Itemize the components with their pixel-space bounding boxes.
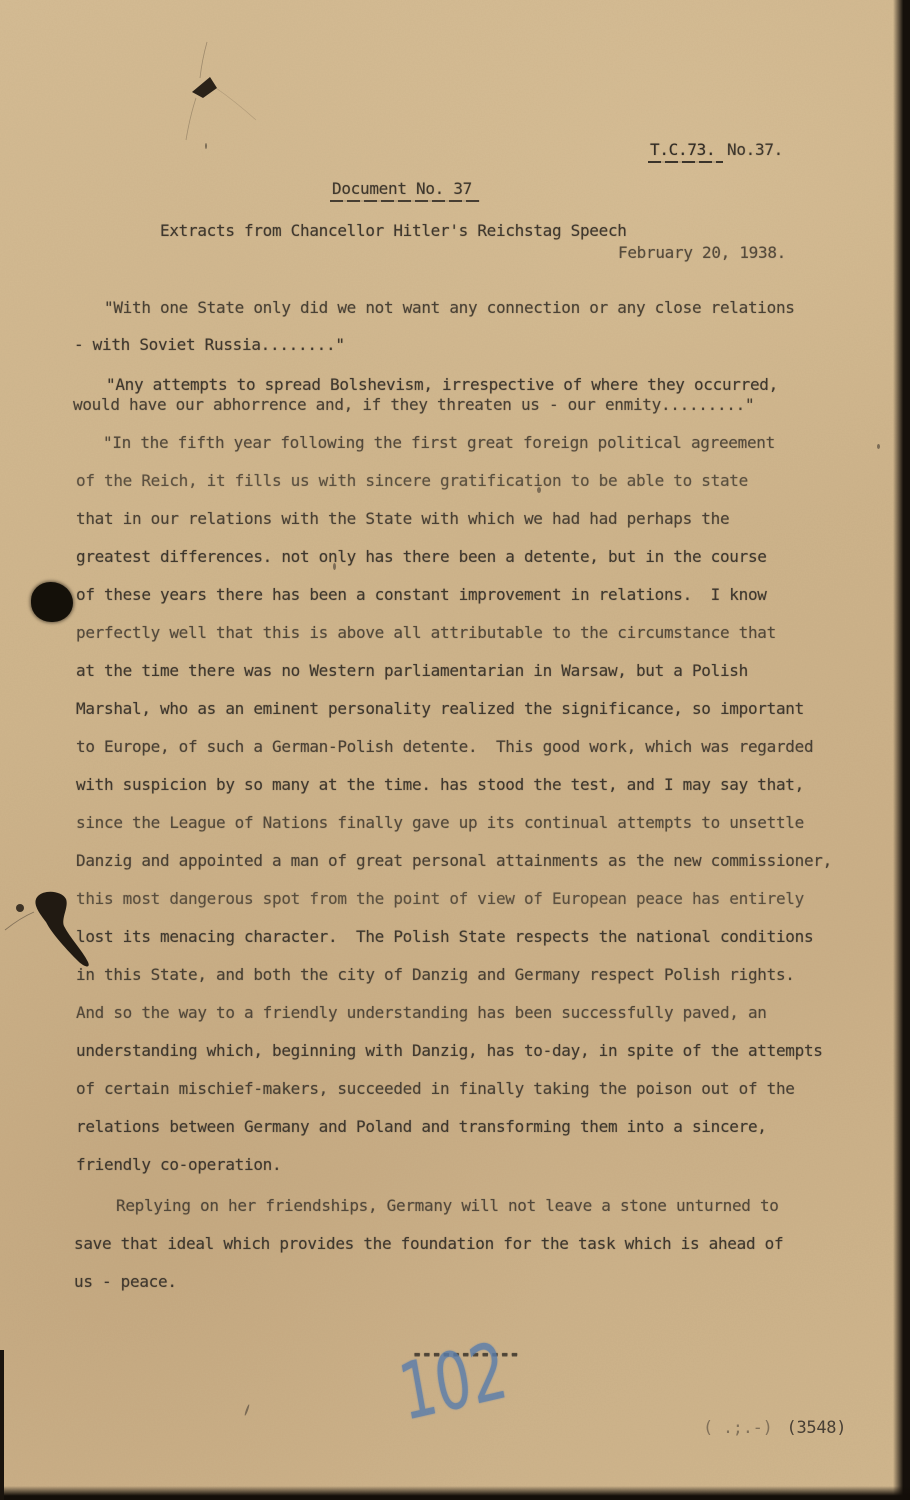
typed-line: greatest differences. not only has there… [76,547,767,566]
typed-line: in this State, and both the city of Danz… [76,965,795,984]
typed-line: Replying on her friendships, Germany wil… [116,1196,779,1215]
typed-line: understanding which, beginning with Danz… [76,1041,823,1060]
stray-speck [877,444,880,449]
typed-line: relations between Germany and Poland and… [76,1117,767,1136]
typed-line: with suspicion by so many at the time. h… [76,775,804,794]
typed-line: since the League of Nations finally gave… [76,813,804,832]
typed-line: And so the way to a friendly understandi… [76,1003,767,1022]
doc-number: Document No. 37 [332,179,472,198]
stray-speck [205,143,207,149]
scan-edge-left [0,1350,4,1500]
typed-line: save that ideal which provides the found… [74,1234,783,1253]
typed-line: that in our relations with the State wit… [76,509,729,528]
doc-title: Extracts from Chancellor Hitler's Reichs… [160,221,627,240]
doc-reference: T.C.73. [650,140,715,159]
typed-line: friendly co-operation. [76,1155,281,1174]
typed-line: - with Soviet Russia........" [74,335,345,354]
typed-line: would have our abhorrence and, if they t… [73,395,754,414]
typed-line: Danzig and appointed a man of great pers… [76,851,832,870]
handwritten-page-number: 102 [394,1332,512,1433]
typed-line: "With one State only did we not want any… [104,298,795,317]
typed-line: of certain mischief-makers, succeeded in… [76,1079,795,1098]
typed-line: us - peace. [74,1272,177,1291]
ink-mark-top [150,30,320,150]
typed-line: Marshal, who as an eminent personality r… [76,699,804,718]
typed-line: to Europe, of such a German-Polish deten… [76,737,813,756]
typed-line: at the time there was no Western parliam… [76,661,748,680]
typed-line: "Any attempts to spread Bolshevism, irre… [106,375,778,394]
stamp-number: (3548) [787,1418,847,1438]
typed-line: of these years there has been a constant… [76,585,767,604]
typed-line: "In the fifth year following the first g… [103,433,775,452]
doc-reference-no: No.37. [727,140,783,159]
scan-edge-right [893,0,910,1500]
scan-edge-bottom [0,1486,910,1500]
stamp-faint-mark: ( .;.-) [703,1418,773,1438]
punch-hole-ink-blot [31,582,73,622]
typed-line: lost its menacing character. The Polish … [76,927,813,946]
footer-stamp-row: ( .;.-)(3548) [703,1418,846,1438]
stray-speck [333,563,336,570]
typed-line: of the Reich, it fills us with sincere g… [76,471,748,490]
typed-line: this most dangerous spot from the point … [76,889,804,908]
typed-line: perfectly well that this is above all at… [76,623,776,642]
document-page: T.C.73.No.37.Document No. 37Extracts fro… [0,0,910,1500]
stray-speck [244,1404,250,1416]
stray-speck [537,487,541,493]
doc-date: February 20, 1938. [618,243,786,262]
